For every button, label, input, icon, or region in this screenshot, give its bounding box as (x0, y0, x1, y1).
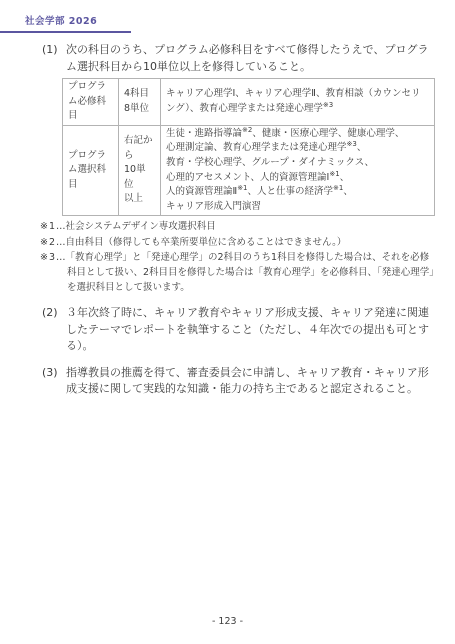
item-number: (3) (42, 365, 66, 398)
table-row-elective: プログラム選択科目 右記から10単位以上 生徒・進路指導論※2、健康・医療心理学… (63, 125, 435, 216)
item-text: ３年次終了時に、キャリア教育やキャリア形成支援、キャリア発達に関連したテーマでレ… (66, 305, 435, 355)
footnote-text: …社会システムデザイン専攻選択科目 (56, 221, 216, 232)
table-row-required: プログラム必修科目 4科目8単位 キャリア心理学Ⅰ、キャリア心理学Ⅱ、教育相談（… (63, 79, 435, 126)
category-cell: プログラム選択科目 (63, 125, 119, 216)
requirement-item-2: (2) ３年次終了時に、キャリア教育やキャリア形成支援、キャリア発達に関連したテ… (42, 305, 435, 355)
footnote-marker: ※3 (40, 252, 56, 263)
page-header: 社会学部 2026 (0, 0, 455, 33)
document-page: 社会学部 2026 (1) 次の科目のうち、プログラム必修科目をすべて修得したう… (0, 0, 455, 644)
footnote-marker: ※1 (40, 221, 56, 232)
requirement-cell: 4科目8単位 (119, 79, 161, 126)
requirement-item-1: (1) 次の科目のうち、プログラム必修科目をすべて修得したうえで、プログラム選択… (42, 42, 435, 75)
item-number: (2) (42, 305, 66, 355)
footnote-marker: ※2 (40, 237, 56, 248)
footnote-1: ※1…社会システムデザイン専攻選択科目 (40, 219, 435, 234)
page-content: (1) 次の科目のうち、プログラム必修科目をすべて修得したうえで、プログラム選択… (0, 33, 455, 398)
requirement-cell: 右記から10単位以上 (119, 125, 161, 216)
item-text: 次の科目のうち、プログラム必修科目をすべて修得したうえで、プログラム選択科目から… (66, 42, 435, 75)
footnotes: ※1…社会システムデザイン専攻選択科目 ※2…自由科目（修得しても卒業所要単位に… (40, 219, 435, 295)
footnote-3: ※3…「教育心理学」と「発達心理学」の2科目のうち1科目を修得した場合は、それを… (40, 250, 435, 296)
footnote-text: …自由科目（修得しても卒業所要単位に含めることはできません。） (56, 237, 346, 248)
item-number: (1) (42, 42, 66, 75)
courses-cell: 生徒・進路指導論※2、健康・医療心理学、健康心理学、心理測定論、教育心理学または… (161, 125, 435, 216)
courses-cell: キャリア心理学Ⅰ、キャリア心理学Ⅱ、教育相談（カウンセリング）、教育心理学または… (161, 79, 435, 126)
course-requirements-table: プログラム必修科目 4科目8単位 キャリア心理学Ⅰ、キャリア心理学Ⅱ、教育相談（… (62, 78, 435, 216)
item-text: 指導教員の推薦を得て、審査委員会に申請し、キャリア教育・キャリア形成支援に関して… (66, 365, 435, 398)
footnote-2: ※2…自由科目（修得しても卒業所要単位に含めることはできません。） (40, 235, 435, 250)
requirement-item-3: (3) 指導教員の推薦を得て、審査委員会に申請し、キャリア教育・キャリア形成支援… (42, 365, 435, 398)
page-number: - 123 - (0, 616, 455, 627)
category-cell: プログラム必修科目 (63, 79, 119, 126)
section-label: 社会学部 2026 (25, 13, 97, 27)
footnote-text: …「教育心理学」と「発達心理学」の2科目のうち1科目を修得した場合は、それを必修… (56, 252, 434, 293)
